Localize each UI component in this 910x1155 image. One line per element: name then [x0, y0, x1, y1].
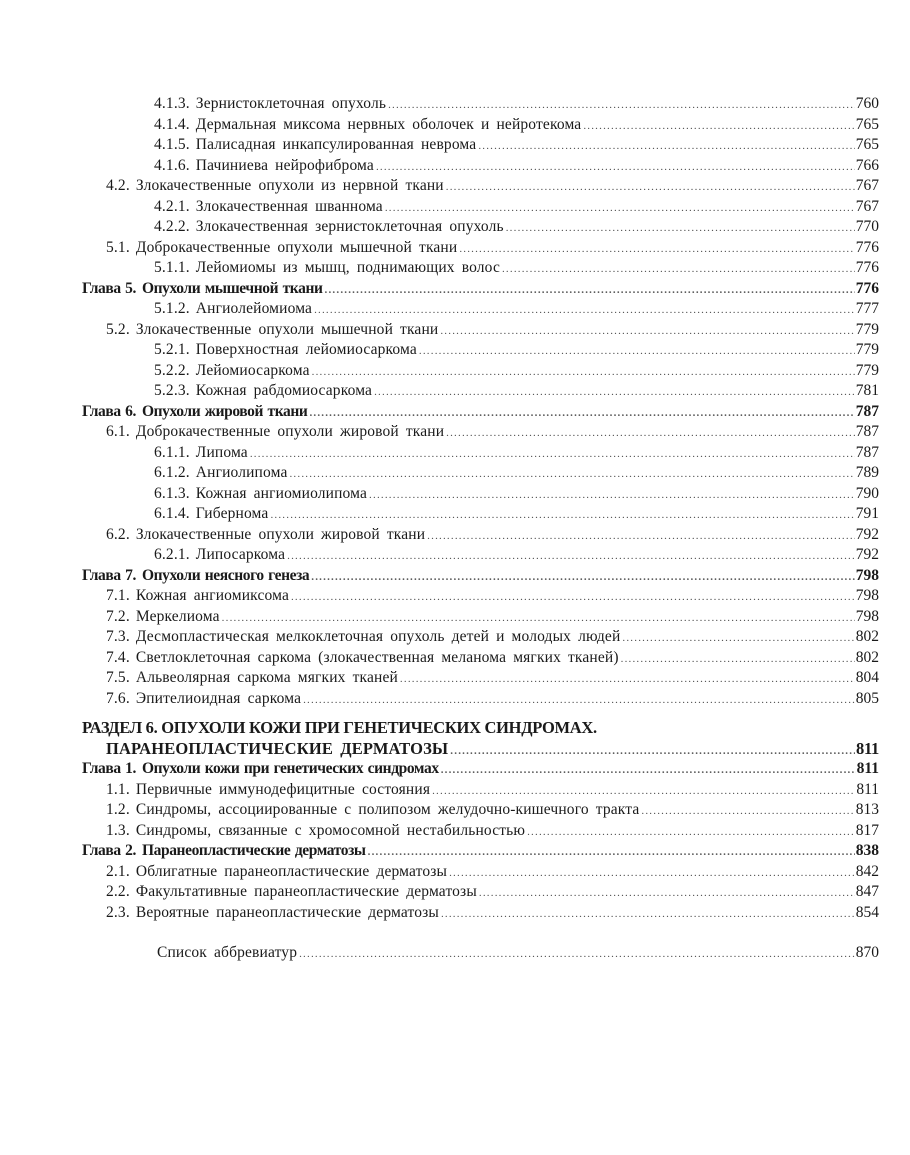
- entry-page-number: 767: [856, 176, 879, 197]
- entry-page-number: 804: [856, 668, 879, 689]
- toc-entry[interactable]: 4.2.2.Злокачественная зернистоклеточная …: [82, 217, 879, 238]
- entry-page-number: 779: [856, 320, 879, 341]
- entry-page-number: 798: [856, 566, 879, 587]
- dot-leader: [309, 403, 854, 424]
- toc-entry-chapter[interactable]: Глава 2.Паранеопластические дерматозы838: [82, 841, 879, 862]
- toc-entry[interactable]: 2.2.Факультативные паранеопластические д…: [82, 882, 879, 903]
- entry-title: 6.1.1.Липома: [154, 443, 248, 464]
- entry-text: Палисадная инкапсулированная неврома: [196, 136, 477, 153]
- toc-entry-chapter[interactable]: Глава 1.Опухоли кожи при генетических си…: [82, 759, 879, 780]
- entry-text: Паранеопластические дерматозы: [142, 842, 366, 859]
- entry-page-number: 791: [856, 504, 879, 525]
- entry-page-number: 792: [856, 525, 879, 546]
- dot-leader: [621, 649, 855, 670]
- entry-text: Доброкачественные опухоли жировой ткани: [136, 423, 444, 440]
- dot-leader: [250, 444, 855, 465]
- entry-text: Десмопластическая мелкоклеточная опухоль…: [136, 628, 621, 645]
- toc-entry-chapter[interactable]: Глава 6.Опухоли жировой ткани787: [82, 402, 879, 423]
- entry-page-number: 817: [856, 821, 879, 842]
- entry-number: 4.1.3.: [154, 95, 190, 112]
- entry-text: Злокачественные опухоли жировой ткани: [136, 526, 425, 543]
- entry-text: Липосаркома: [196, 546, 285, 563]
- entry-page-number: 790: [856, 484, 879, 505]
- entry-number: 6.2.1.: [154, 546, 190, 563]
- entry-number: 5.1.2.: [154, 300, 190, 317]
- dot-leader: [369, 485, 855, 506]
- entry-title: 4.2.1.Злокачественная шваннома: [154, 197, 383, 218]
- entry-text: Опухоли жировой ткани: [142, 403, 307, 420]
- entry-page-number: 792: [856, 545, 879, 566]
- toc-entry[interactable]: 5.1.2.Ангиолейомиома777: [82, 299, 879, 320]
- entry-title: 6.2.1.Липосаркома: [154, 545, 285, 566]
- entry-title: 5.1.1.Лейомиомы из мышц, поднимающих вол…: [154, 258, 500, 279]
- dot-leader: [368, 842, 855, 863]
- entry-page-number: 777: [856, 299, 879, 320]
- dot-leader: [400, 669, 855, 690]
- entry-title: 4.1.4.Дермальная миксома нервных оболоче…: [154, 115, 581, 136]
- toc-entry[interactable]: 1.2.Синдромы, ассоциированные с полипозо…: [82, 800, 879, 821]
- toc-entry[interactable]: 2.3.Вероятные паранеопластические дермат…: [82, 903, 879, 924]
- entry-page-number: 798: [856, 586, 879, 607]
- entry-title: 7.5.Альвеолярная саркома мягких тканей: [106, 668, 398, 689]
- dot-leader: [325, 280, 855, 301]
- entry-number: 2.3.: [106, 904, 130, 921]
- entry-number: 4.1.4.: [154, 116, 190, 133]
- entry-page-number: 776: [856, 279, 879, 300]
- entry-number: 7.1.: [106, 587, 130, 604]
- entry-text: Первичные иммунодефицитные состояния: [136, 781, 430, 798]
- entry-text: Зернистоклеточная опухоль: [196, 95, 386, 112]
- dot-leader: [388, 95, 855, 116]
- toc-entry[interactable]: 6.1.Доброкачественные опухоли жировой тк…: [82, 422, 879, 443]
- toc-entry[interactable]: 2.1.Облигатные паранеопластические дерма…: [82, 862, 879, 883]
- entry-page-number: 813: [856, 800, 879, 821]
- entry-number: 6.1.4.: [154, 505, 190, 522]
- entry-page-number: 776: [856, 238, 879, 259]
- entry-title: Глава 1.Опухоли кожи при генетических си…: [82, 759, 439, 780]
- entry-number: 5.2.1.: [154, 341, 190, 358]
- entry-title: 1.3.Синдромы, связанные с хромосомной не…: [106, 821, 525, 842]
- toc-entry[interactable]: 5.2.3.Кожная рабдомиосаркома781: [82, 381, 879, 402]
- dot-leader: [291, 587, 855, 608]
- dot-leader: [222, 608, 855, 629]
- entry-text: Опухоли неясного генеза: [142, 567, 309, 584]
- entry-text: Кожная ангиомиксома: [136, 587, 289, 604]
- entry-page-number: 766: [856, 156, 879, 177]
- entry-number: 7.5.: [106, 669, 130, 686]
- toc-block-part6: Глава 1.Опухоли кожи при генетических си…: [82, 759, 879, 923]
- entry-page-number: 787: [856, 422, 879, 443]
- entry-text: Опухоли кожи при генетических синдромах: [142, 760, 439, 777]
- section-title-line2: ПАРАНЕОПЛАСТИЧЕСКИЕ ДЕРМАТОЗЫ: [106, 738, 448, 759]
- entry-number: 7.2.: [106, 608, 130, 625]
- toc-entry[interactable]: 6.2.1.Липосаркома792: [82, 545, 879, 566]
- entry-number: 6.1.1.: [154, 444, 190, 461]
- toc-entry[interactable]: 6.2.Злокачественные опухоли жировой ткан…: [82, 525, 879, 546]
- section-page-number: 811: [856, 738, 879, 759]
- toc-entry[interactable]: 6.1.4.Гибернома791: [82, 504, 879, 525]
- entry-title: Глава 7.Опухоли неясного генеза: [82, 566, 309, 587]
- entry-title: 4.1.5.Палисадная инкапсулированная невро…: [154, 135, 476, 156]
- entry-text: Ангиолейомиома: [196, 300, 312, 317]
- dot-leader: [441, 760, 856, 781]
- entry-number: 7.4.: [106, 649, 130, 666]
- entry-page-number: 779: [856, 340, 879, 361]
- toc-entry[interactable]: 4.1.4.Дермальная миксома нервных оболоче…: [82, 115, 879, 136]
- entry-title: 1.1.Первичные иммунодефицитные состояния: [106, 780, 430, 801]
- entry-text: Вероятные паранеопластические дерматозы: [136, 904, 439, 921]
- entry-text: Лейомиомы из мышц, поднимающих волос: [196, 259, 500, 276]
- entry-page-number: 854: [856, 903, 879, 924]
- entry-text: Пачиниева нейрофиброма: [196, 157, 374, 174]
- toc-entry[interactable]: 5.1.1.Лейомиомы из мышц, поднимающих вол…: [82, 258, 879, 279]
- toc-entry[interactable]: 6.1.3.Кожная ангиомиолипома790: [82, 484, 879, 505]
- entry-text: Гибернома: [196, 505, 269, 522]
- toc-entry[interactable]: 1.1.Первичные иммунодефицитные состояния…: [82, 780, 879, 801]
- dot-leader: [303, 690, 855, 711]
- entry-number: 4.2.: [106, 177, 130, 194]
- dot-leader: [427, 526, 855, 547]
- toc-entry-chapter[interactable]: Глава 7.Опухоли неясного генеза798: [82, 566, 879, 587]
- entry-number: Глава 5.: [82, 280, 136, 297]
- entry-page-number: 811: [856, 780, 879, 801]
- entry-title: 6.2.Злокачественные опухоли жировой ткан…: [106, 525, 425, 546]
- entry-page-number: 842: [856, 862, 879, 883]
- entry-title: Глава 5.Опухоли мышечной ткани: [82, 279, 323, 300]
- entry-number: 5.1.1.: [154, 259, 190, 276]
- entry-title: 4.1.6.Пачиниева нейрофиброма: [154, 156, 374, 177]
- toc-entry[interactable]: 1.3.Синдромы, связанные с хромосомной не…: [82, 821, 879, 842]
- dot-leader: [299, 944, 855, 965]
- toc-entry[interactable]: 7.4.Светлоклеточная саркома (злокачестве…: [82, 648, 879, 669]
- entry-page-number: 847: [856, 882, 879, 903]
- toc-entry[interactable]: 6.1.1.Липома787: [82, 443, 879, 464]
- entry-page-number: 770: [856, 217, 879, 238]
- dot-leader: [287, 546, 855, 567]
- entry-number: 7.6.: [106, 690, 130, 707]
- entry-number: 5.2.2.: [154, 362, 190, 379]
- entry-text: Дермальная миксома нервных оболочек и не…: [196, 116, 582, 133]
- entry-number: 1.2.: [106, 801, 130, 818]
- entry-page-number: 787: [856, 402, 879, 423]
- entry-text: Кожная ангиомиолипома: [196, 485, 367, 502]
- dot-leader: [446, 177, 855, 198]
- entry-page-number: 779: [856, 361, 879, 382]
- entry-number: 6.2.: [106, 526, 130, 543]
- toc-entry[interactable]: 7.3.Десмопластическая мелкоклеточная опу…: [82, 627, 879, 648]
- entry-page-number: 789: [856, 463, 879, 484]
- dot-leader: [270, 505, 854, 526]
- toc-entry[interactable]: 4.2.Злокачественные опухоли из нервной т…: [82, 176, 879, 197]
- dot-leader: [311, 567, 854, 588]
- entry-number: Глава 6.: [82, 403, 136, 420]
- dot-leader: [289, 464, 854, 485]
- entry-text: Злокачественные опухоли из нервной ткани: [136, 177, 444, 194]
- dot-leader: [583, 116, 854, 137]
- entry-title: Глава 2.Паранеопластические дерматозы: [82, 841, 366, 862]
- entry-page-number: 802: [856, 648, 879, 669]
- entry-title: 6.1.4.Гибернома: [154, 504, 268, 525]
- entry-title: 5.1.Доброкачественные опухоли мышечной т…: [106, 238, 457, 259]
- toc-entry[interactable]: 5.2.2.Лейомиосаркома779: [82, 361, 879, 382]
- dot-leader: [374, 382, 855, 403]
- entry-page-number: 787: [856, 443, 879, 464]
- toc-entry[interactable]: 4.2.1.Злокачественная шваннома767: [82, 197, 879, 218]
- entry-text: Поверхностная лейомиосаркома: [196, 341, 417, 358]
- toc-entry-abbreviations[interactable]: Список аббревиатур 870: [82, 943, 879, 964]
- toc-block-part5: 4.1.3.Зернистоклеточная опухоль7604.1.4.…: [82, 94, 879, 709]
- entry-title: 4.1.3.Зернистоклеточная опухоль: [154, 94, 386, 115]
- abbreviations-page-number: 870: [856, 943, 879, 964]
- entry-title: 5.1.2.Ангиолейомиома: [154, 299, 312, 320]
- entry-title: 5.2.1.Поверхностная лейомиосаркома: [154, 340, 417, 361]
- entry-text: Синдромы, связанные с хромосомной нестаб…: [136, 822, 525, 839]
- entry-number: 5.2.3.: [154, 382, 190, 399]
- entry-number: 5.1.: [106, 239, 130, 256]
- entry-title: 7.6.Эпителиоидная саркома: [106, 689, 301, 710]
- entry-text: Липома: [196, 444, 248, 461]
- entry-page-number: 805: [856, 689, 879, 710]
- entry-text: Опухоли мышечной ткани: [142, 280, 323, 297]
- entry-title: Глава 6.Опухоли жировой ткани: [82, 402, 307, 423]
- entry-page-number: 760: [856, 94, 879, 115]
- entry-page-number: 838: [856, 841, 879, 862]
- entry-title: 7.2.Меркелиома: [106, 607, 220, 628]
- section-title-line1: РАЗДЕЛ 6. ОПУХОЛИ КОЖИ ПРИ ГЕНЕТИЧЕСКИХ …: [82, 717, 879, 738]
- section-heading[interactable]: РАЗДЕЛ 6. ОПУХОЛИ КОЖИ ПРИ ГЕНЕТИЧЕСКИХ …: [82, 717, 879, 759]
- dot-leader: [459, 239, 854, 260]
- abbreviations-title: Список аббревиатур: [157, 943, 297, 964]
- section-title-line2-row: ПАРАНЕОПЛАСТИЧЕСКИЕ ДЕРМАТОЗЫ 811: [82, 738, 879, 759]
- entry-page-number: 767: [856, 197, 879, 218]
- dot-leader: [441, 904, 855, 925]
- toc-entry[interactable]: 7.5.Альвеолярная саркома мягких тканей80…: [82, 668, 879, 689]
- dot-leader: [446, 423, 855, 444]
- toc-entry[interactable]: 6.1.2.Ангиолипома789: [82, 463, 879, 484]
- entry-title: 2.2.Факультативные паранеопластические д…: [106, 882, 477, 903]
- entry-number: 4.2.1.: [154, 198, 190, 215]
- dot-leader: [641, 801, 854, 822]
- entry-title: 6.1.3.Кожная ангиомиолипома: [154, 484, 367, 505]
- toc-entry[interactable]: 7.1.Кожная ангиомиксома798: [82, 586, 879, 607]
- entry-number: 5.2.: [106, 321, 130, 338]
- entry-text: Эпителиоидная саркома: [136, 690, 301, 707]
- entry-number: 2.1.: [106, 863, 130, 880]
- dot-leader: [622, 628, 854, 649]
- entry-page-number: 776: [856, 258, 879, 279]
- toc-entry[interactable]: 7.6.Эпителиоидная саркома805: [82, 689, 879, 710]
- entry-title: 7.1.Кожная ангиомиксома: [106, 586, 289, 607]
- dot-leader: [312, 362, 855, 383]
- entry-text: Злокачественная зернистоклеточная опухол…: [196, 218, 504, 235]
- toc-entry[interactable]: 5.2.Злокачественные опухоли мышечной тка…: [82, 320, 879, 341]
- entry-title: 5.2.2.Лейомиосаркома: [154, 361, 310, 382]
- dot-leader: [419, 341, 855, 362]
- entry-number: 6.1.3.: [154, 485, 190, 502]
- entry-number: 6.1.2.: [154, 464, 190, 481]
- entry-title: 4.2.2.Злокачественная зернистоклеточная …: [154, 217, 504, 238]
- dot-leader: [314, 300, 855, 321]
- dot-leader: [502, 259, 855, 280]
- dot-leader: [432, 781, 855, 802]
- entry-page-number: 802: [856, 627, 879, 648]
- entry-number: Глава 2.: [82, 842, 136, 859]
- entry-text: Кожная рабдомиосаркома: [196, 382, 372, 399]
- entry-page-number: 811: [857, 759, 879, 780]
- dot-leader: [385, 198, 855, 219]
- entry-text: Синдромы, ассоциированные с полипозом же…: [136, 801, 640, 818]
- entry-number: 6.1.: [106, 423, 130, 440]
- dot-leader: [527, 822, 855, 843]
- dot-leader: [450, 741, 855, 762]
- entry-text: Ангиолипома: [196, 464, 288, 481]
- entry-text: Светлоклеточная саркома (злокачественная…: [136, 649, 619, 666]
- entry-number: 4.2.2.: [154, 218, 190, 235]
- entry-text: Альвеолярная саркома мягких тканей: [136, 669, 398, 686]
- dot-leader: [376, 157, 855, 178]
- dot-leader: [449, 863, 855, 884]
- toc-entry[interactable]: 4.1.5.Палисадная инкапсулированная невро…: [82, 135, 879, 156]
- entry-text: Доброкачественные опухоли мышечной ткани: [136, 239, 457, 256]
- entry-title: 5.2.3.Кожная рабдомиосаркома: [154, 381, 372, 402]
- entry-title: 2.1.Облигатные паранеопластические дерма…: [106, 862, 447, 883]
- entry-title: 6.1.2.Ангиолипома: [154, 463, 287, 484]
- entry-page-number: 798: [856, 607, 879, 628]
- entry-number: 1.1.: [106, 781, 130, 798]
- entry-page-number: 781: [856, 381, 879, 402]
- entry-text: Облигатные паранеопластические дерматозы: [136, 863, 447, 880]
- entry-title: 7.3.Десмопластическая мелкоклеточная опу…: [106, 627, 620, 648]
- toc-entry-chapter[interactable]: Глава 5.Опухоли мышечной ткани776: [82, 279, 879, 300]
- dot-leader: [506, 218, 855, 239]
- entry-text: Злокачественная шваннома: [196, 198, 383, 215]
- entry-title: 7.4.Светлоклеточная саркома (злокачестве…: [106, 648, 619, 669]
- toc-entry[interactable]: 4.1.6.Пачиниева нейрофиброма766: [82, 156, 879, 177]
- entry-text: Факультативные паранеопластические дерма…: [136, 883, 477, 900]
- entry-text: Меркелиома: [136, 608, 220, 625]
- entry-number: Глава 7.: [82, 567, 136, 584]
- toc-entry[interactable]: 5.1.Доброкачественные опухоли мышечной т…: [82, 238, 879, 259]
- entry-page-number: 765: [856, 135, 879, 156]
- entry-page-number: 765: [856, 115, 879, 136]
- toc-entry[interactable]: 7.2.Меркелиома798: [82, 607, 879, 628]
- entry-title: 6.1.Доброкачественные опухоли жировой тк…: [106, 422, 444, 443]
- entry-number: Глава 1.: [82, 760, 136, 777]
- entry-number: 4.1.6.: [154, 157, 190, 174]
- entry-text: Лейомиосаркома: [196, 362, 310, 379]
- toc-entry[interactable]: 4.1.3.Зернистоклеточная опухоль760: [82, 94, 879, 115]
- table-of-contents: 4.1.3.Зернистоклеточная опухоль7604.1.4.…: [82, 94, 879, 964]
- entry-title: 2.3.Вероятные паранеопластические дермат…: [106, 903, 439, 924]
- entry-number: 1.3.: [106, 822, 130, 839]
- entry-text: Злокачественные опухоли мышечной ткани: [136, 321, 439, 338]
- entry-title: 1.2.Синдромы, ассоциированные с полипозо…: [106, 800, 639, 821]
- dot-leader: [440, 321, 854, 342]
- entry-title: 4.2.Злокачественные опухоли из нервной т…: [106, 176, 444, 197]
- entry-title: 5.2.Злокачественные опухоли мышечной тка…: [106, 320, 438, 341]
- entry-number: 2.2.: [106, 883, 130, 900]
- toc-entry[interactable]: 5.2.1.Поверхностная лейомиосаркома779: [82, 340, 879, 361]
- entry-number: 7.3.: [106, 628, 130, 645]
- dot-leader: [478, 136, 854, 157]
- dot-leader: [479, 883, 855, 904]
- entry-number: 4.1.5.: [154, 136, 190, 153]
